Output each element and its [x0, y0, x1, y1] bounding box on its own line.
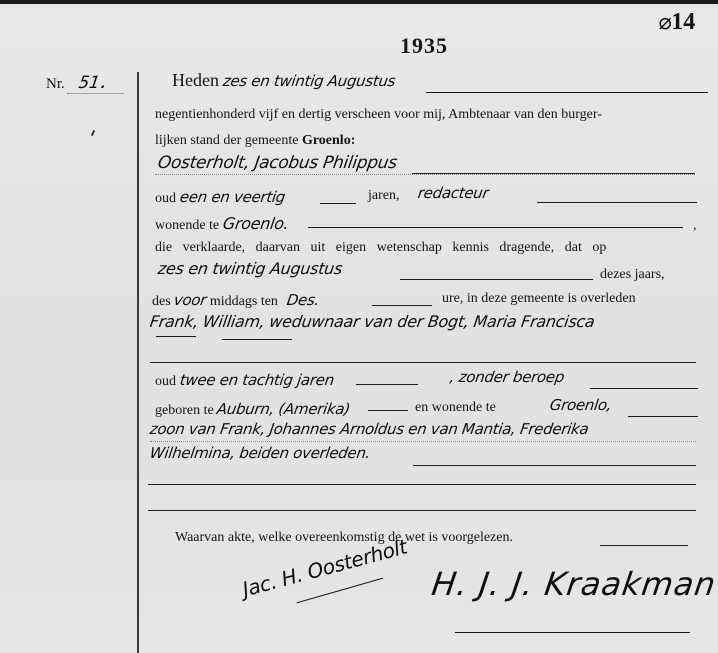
jaren-label: jaren,: [368, 188, 399, 204]
hour-value: Des.: [286, 291, 321, 309]
declarant-age-line: oud een en veertig: [155, 188, 285, 207]
middags-ten-label: middags ten: [210, 294, 278, 309]
wonende-label: wonende te: [155, 218, 219, 233]
time-of-death-line: des voor middags ten Des.: [152, 291, 320, 310]
act-number: Nr. 51.: [46, 73, 124, 94]
geboren-label: geboren te: [155, 403, 214, 418]
heden-date-value: zes en twintig Augustus: [222, 72, 397, 90]
fill-rule: [400, 279, 593, 280]
margin-vertical-line: [137, 72, 139, 653]
deceased-name-value: Frank, William, weduwnaar van der Bogt, …: [149, 312, 596, 331]
parents-line-2: Wilhelmina, beiden overleden.: [150, 444, 370, 463]
des-label: des: [152, 294, 171, 309]
deceased-name: Frank, William, weduwnaar van der Bogt, …: [150, 312, 595, 332]
parents-line-1: zoon van Frank, Johannes Arnoldus en van…: [150, 420, 588, 439]
declarant-name-value: Oosterholt, Jacobus Philippus: [157, 153, 399, 173]
fill-rule: [426, 92, 708, 93]
deceased-occupation-value: , zonder beroep: [449, 368, 566, 386]
deceased-occupation: , zonder beroep: [450, 368, 564, 387]
declarant-age-value: een en veertig: [178, 188, 286, 206]
residence-value: Groenlo,: [549, 396, 613, 414]
registrar-signature: H. J. J. Kraakman: [429, 565, 718, 603]
act-number-label: Nr.: [46, 76, 65, 92]
death-date-value: zes en twintig Augustus: [157, 259, 344, 278]
comma: ,: [693, 218, 697, 234]
folio-number: ⌀14: [658, 9, 695, 36]
time-of-day-value: voor: [173, 291, 208, 309]
ure-text: ure, in deze gemeente is overleden: [442, 291, 636, 307]
signature-underline: [455, 632, 690, 633]
declarant-occupation-value: redacteur: [417, 184, 490, 202]
birthplace-line: geboren te Auburn, (Amerika): [155, 400, 350, 419]
preamble-line-3: lijken stand der gemeente Groenlo:: [155, 133, 355, 149]
fill-rule: [308, 227, 683, 228]
fill-rule: [320, 203, 356, 204]
fill-rule: [372, 305, 432, 306]
fill-rule: [368, 410, 408, 411]
dezes-jaars-label: dezes jaars,: [600, 267, 665, 283]
dotted-rule: [155, 174, 695, 175]
act-number-value: 51.: [67, 73, 126, 94]
folio-number-value: 14: [671, 9, 695, 35]
blank-rule: [148, 484, 696, 485]
oud-label: oud: [155, 374, 176, 389]
declarant-occupation: redacteur: [418, 184, 488, 203]
parents-line-1-value: zoon van Frank, Johannes Arnoldus en van…: [149, 420, 590, 438]
fill-rule: [537, 202, 697, 203]
preamble-line-2: negentienhonderd vijf en dertig verschee…: [155, 107, 602, 123]
name-underline: [156, 336, 196, 337]
register-year: 1935: [400, 33, 448, 59]
blank-rule: [148, 510, 696, 511]
fill-rule: [590, 388, 698, 389]
deceased-age-line: oud twee en tachtig jaren: [155, 371, 334, 390]
municipality-name: Groenlo:: [302, 133, 355, 148]
preamble-line-3-text: lijken stand der gemeente: [155, 133, 298, 148]
residence: Groenlo,: [550, 396, 611, 415]
name-underline: [222, 339, 292, 340]
birthplace-value: Auburn, (Amerika): [216, 400, 351, 418]
deceased-age-value: twee en tachtig jaren: [178, 371, 335, 389]
declarant-residence-value: Groenlo.: [221, 214, 289, 233]
fill-rule: [356, 384, 418, 385]
heden-line: Heden zes en twintig Augustus: [172, 70, 395, 91]
closing-text: Waarvan akte, welke overeenkomstig de we…: [175, 530, 513, 546]
folio-mark-icon: ⌀: [658, 10, 671, 35]
fill-rule: [413, 465, 696, 466]
declarant-name: Oosterholt, Jacobus Philippus: [158, 153, 397, 173]
heden-label: Heden: [172, 70, 219, 90]
declaration-text: die verklaarde, daarvan uit eigen wetens…: [155, 240, 606, 256]
fill-rule: [628, 416, 698, 417]
oud-label: oud: [155, 191, 176, 206]
fill-rule: [150, 362, 696, 363]
parents-line-2-value: Wilhelmina, beiden overleden.: [149, 444, 372, 462]
en-wonende-label: en wonende te: [415, 400, 496, 416]
declarant-residence-line: wonende te Groenlo.: [155, 214, 288, 234]
fill-rule: [600, 545, 688, 546]
death-date: zes en twintig Augustus: [158, 259, 342, 279]
dotted-rule: [150, 441, 696, 442]
